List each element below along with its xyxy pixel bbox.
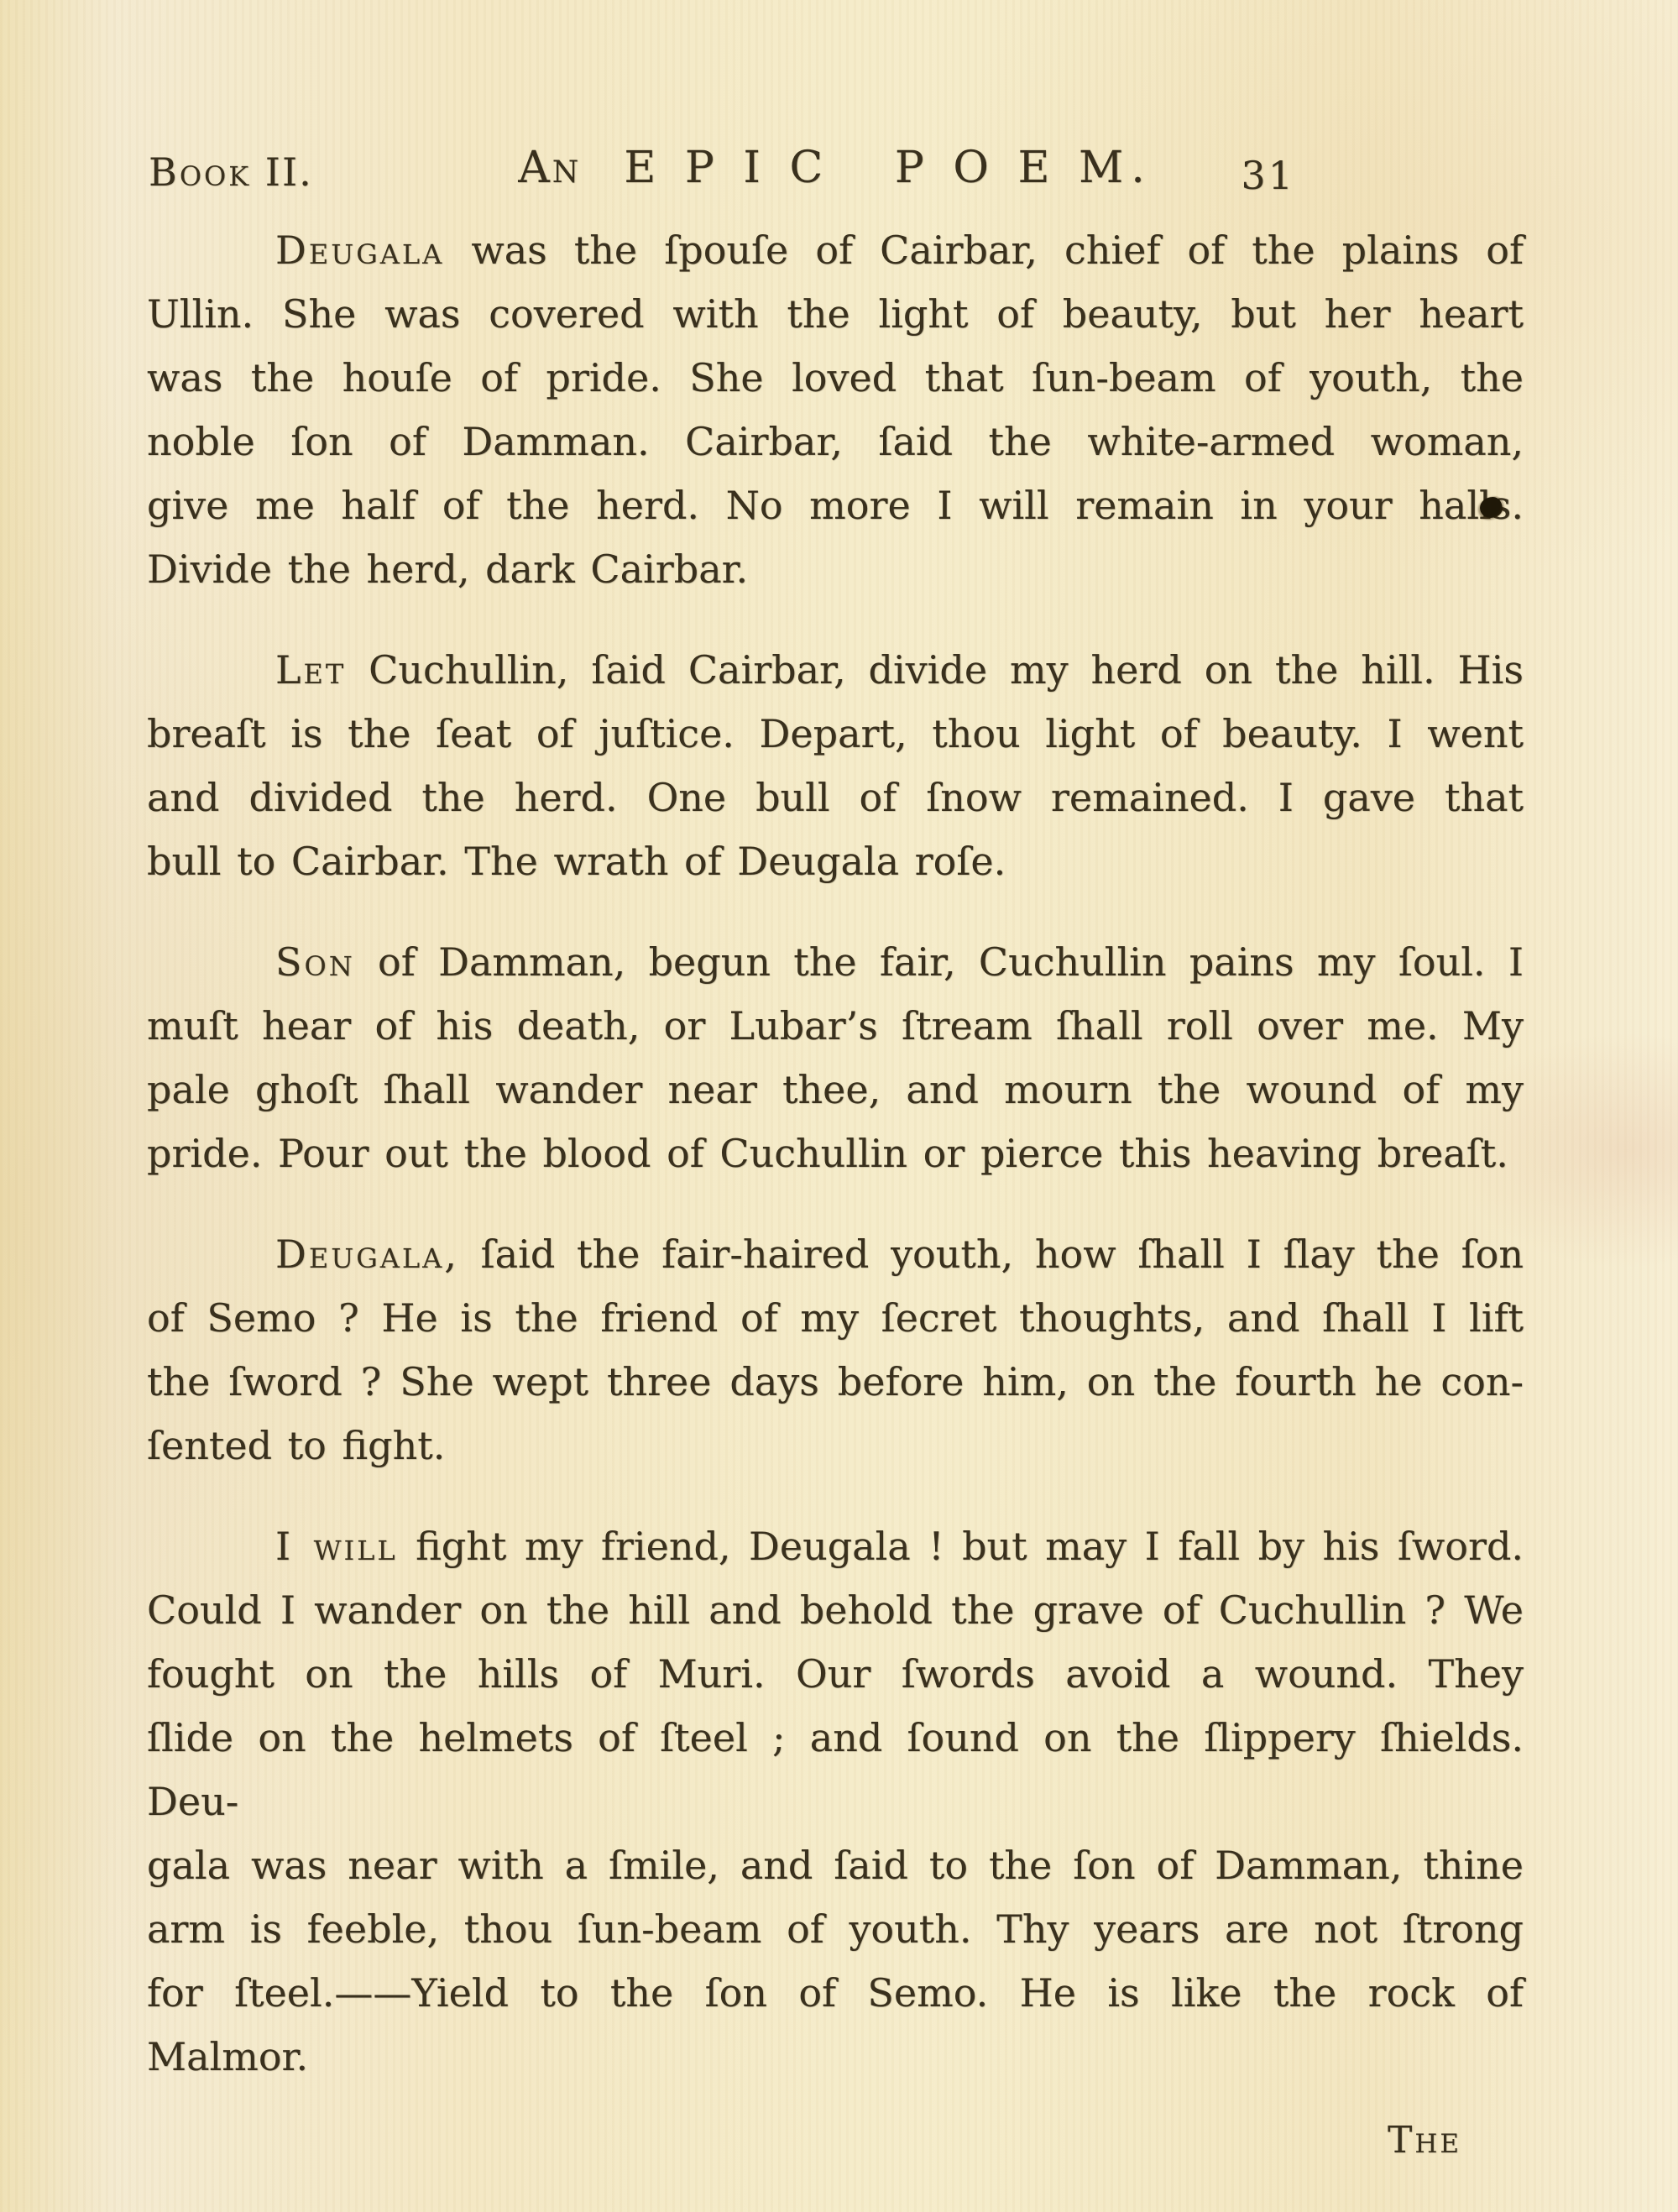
- text-line: give me half of the herd. No more I will…: [147, 473, 1524, 537]
- text-line: bull to Cairbar. The wrath of Deugala ro…: [147, 829, 1524, 893]
- ink-blot: [1480, 497, 1503, 518]
- text-line: Deugala was the ſpouſe of Cairbar, chief…: [147, 218, 1524, 282]
- paragraph: Son of Damman, begun the fair, Cuchullin…: [147, 930, 1524, 1185]
- running-title-cap: A: [518, 143, 552, 193]
- text-line: ſented to fight.: [147, 1414, 1524, 1477]
- running-title-rest: E P I C P O E M.: [581, 143, 1152, 193]
- paragraph: I will fight my friend, Deugala ! but ma…: [147, 1514, 1524, 2089]
- text-line: pale ghoſt ſhall wander near thee, and m…: [147, 1058, 1524, 1122]
- lead-word-smallcaps: eugala,: [309, 1232, 459, 1277]
- text-line: gala was near with a ſmile, and ſaid to …: [147, 1833, 1524, 1897]
- lead-word-smallcaps: et: [304, 647, 347, 693]
- text-line: Son of Damman, begun the fair, Cuchullin…: [147, 930, 1524, 994]
- text-line: was the houſe of pride. She loved that ſ…: [147, 346, 1524, 410]
- text-line: Deugala, ſaid the fair-haired youth, how…: [147, 1222, 1524, 1286]
- lead-word-smallcaps: on: [305, 939, 355, 985]
- text-block: Deugala was the ſpouſe of Cairbar, chief…: [147, 218, 1524, 2089]
- text-line: muſt hear of his death, or Lubar’s ſtrea…: [147, 994, 1524, 1058]
- page-number: 31: [1241, 153, 1295, 198]
- running-title-smallcaps: n: [552, 143, 582, 193]
- text-line: breaſt is the ſeat of juſtice. Depart, t…: [147, 702, 1524, 766]
- text-line: Divide the herd, dark Cairbar.: [147, 537, 1524, 601]
- catchword-smallcaps: he: [1414, 2119, 1461, 2162]
- text-line: I will fight my friend, Deugala ! but ma…: [147, 1514, 1524, 1578]
- book-label-smallcaps: ook: [180, 149, 251, 195]
- book-label-cap: B: [149, 149, 180, 195]
- lead-word-cap: I: [275, 1524, 293, 1569]
- catchword: The: [147, 2119, 1524, 2162]
- paragraph: Deugala, ſaid the fair-haired youth, how…: [147, 1222, 1524, 1477]
- text-line: and divided the herd. One bull of ſnow r…: [147, 766, 1524, 829]
- text-line: Let Cuchullin, ſaid Cairbar, divide my h…: [147, 638, 1524, 702]
- text-line: Malmor.: [147, 2025, 1524, 2089]
- text-line: noble ſon of Damman. Cairbar, ſaid the w…: [147, 410, 1524, 473]
- book-number: II.: [251, 149, 313, 195]
- lead-word-smallcaps: will: [293, 1524, 398, 1569]
- text-line: the ſword ? She wept three days before h…: [147, 1350, 1524, 1414]
- catchword-cap: T: [1388, 2119, 1414, 2162]
- text-line: pride. Pour out the blood of Cuchullin o…: [147, 1122, 1524, 1185]
- paragraph: Let Cuchullin, ſaid Cairbar, divide my h…: [147, 638, 1524, 893]
- lead-word-cap: D: [275, 1232, 309, 1277]
- text-line: of Semo ? He is the friend of my ſecret …: [147, 1286, 1524, 1350]
- text-line: Could I wander on the hill and behold th…: [147, 1578, 1524, 1642]
- text-line: fought on the hills of Muri. Our ſwords …: [147, 1642, 1524, 1706]
- text-line: for ſteel.——Yield to the ſon of Semo. He…: [147, 1961, 1524, 2025]
- book-page: Book II. An E P I C P O E M. 31 Deugala …: [0, 0, 1678, 2212]
- lead-word-cap: L: [275, 647, 304, 693]
- paragraph: Deugala was the ſpouſe of Cairbar, chief…: [147, 218, 1524, 601]
- text-line: arm is feeble, thou ſun-beam of youth. T…: [147, 1897, 1524, 1961]
- book-label: Book II.: [149, 149, 313, 195]
- text-line: ſlide on the helmets of ſteel ; and ſoun…: [147, 1706, 1524, 1833]
- running-title: An E P I C P O E M.: [518, 143, 1153, 193]
- lead-word-smallcaps: eugala: [309, 227, 444, 273]
- page-header: Book II. An E P I C P O E M. 31: [147, 141, 1524, 213]
- lead-word-cap: S: [275, 939, 305, 985]
- lead-word-cap: D: [275, 227, 309, 273]
- text-line: Ullin. She was covered with the light of…: [147, 282, 1524, 346]
